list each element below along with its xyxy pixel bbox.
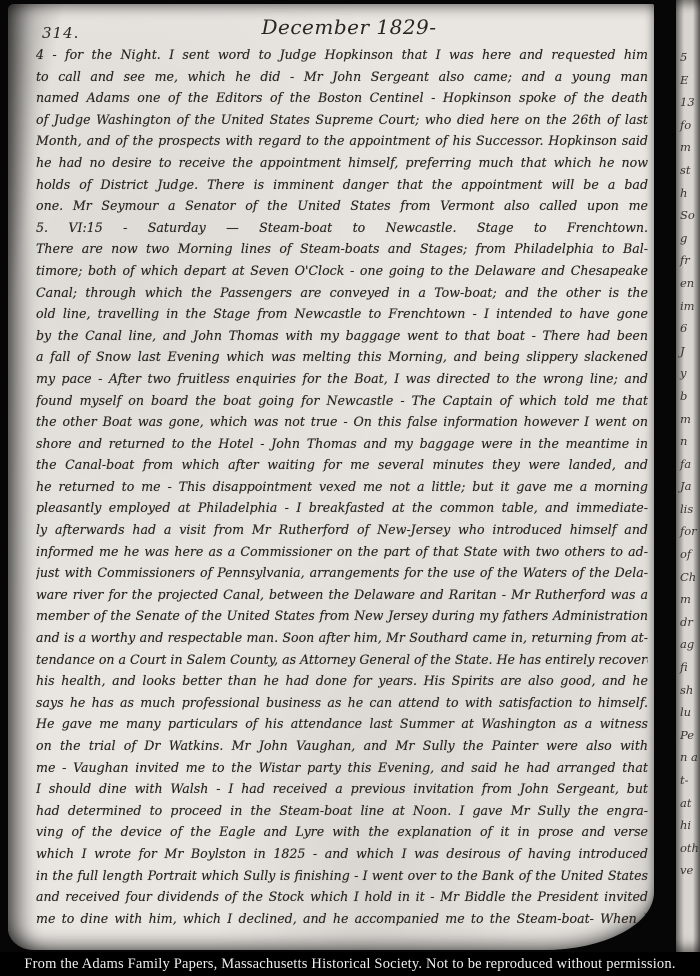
adjacent-page-fragment: fr bbox=[676, 249, 700, 272]
adjacent-page-fragment: m bbox=[676, 136, 700, 159]
manuscript-page: 314. December 1829- 4 - for the Night. I… bbox=[8, 4, 654, 950]
manuscript-line: 4 - for the Night. I sent word to Judge … bbox=[36, 44, 648, 66]
adjacent-page-fragment: hi bbox=[676, 814, 700, 837]
adjacent-page-fragment: en bbox=[676, 272, 700, 295]
adjacent-page-fragment: y bbox=[676, 362, 700, 385]
manuscript-line: he returned to me - This disappointment … bbox=[36, 476, 648, 498]
adjacent-page-fragment: m bbox=[676, 588, 700, 611]
adjacent-page-fragment: ag bbox=[676, 633, 700, 656]
manuscript-line: and received four dividends of the Stock… bbox=[36, 886, 648, 908]
adjacent-page-fragment: dr bbox=[676, 611, 700, 634]
adjacent-page-fragment: 6 bbox=[676, 317, 700, 340]
manuscript-line: ware river for the projected Canal, betw… bbox=[36, 584, 648, 606]
adjacent-page-fragment: n bbox=[676, 430, 700, 453]
manuscript-line: timore; both of which depart at Seven O'… bbox=[36, 260, 648, 282]
adjacent-page-fragment: fi bbox=[676, 656, 700, 679]
manuscript-line: by the Canal line, and John Thomas with … bbox=[36, 325, 648, 347]
adjacent-page-fragment: 13 bbox=[676, 91, 700, 114]
adjacent-page-fragment: t- bbox=[676, 769, 700, 792]
manuscript-line: a fall of Snow last Evening which was me… bbox=[36, 346, 648, 368]
manuscript-line: holds of District Judge. There is immine… bbox=[36, 174, 648, 196]
manuscript-line: There are now two Morning lines of Steam… bbox=[36, 238, 648, 260]
adjacent-page-fragment: Ch bbox=[676, 566, 700, 589]
adjacent-page-edge: 5E13fomsthSogfrenim6JybmnfaJalisforofChm… bbox=[676, 0, 700, 952]
scanned-manuscript: 314. December 1829- 4 - for the Night. I… bbox=[0, 0, 700, 976]
adjacent-page-fragment: m bbox=[676, 408, 700, 431]
adjacent-page-fragment: sh bbox=[676, 679, 700, 702]
manuscript-line: the Canal-boat from which after waiting … bbox=[36, 454, 648, 476]
caption-text: From the Adams Family Papers, Massachuse… bbox=[24, 956, 675, 973]
manuscript-line: shore and returned to the Hotel - John T… bbox=[36, 433, 648, 455]
manuscript-line: of Judge Washington of the United States… bbox=[36, 109, 648, 131]
adjacent-page-fragment: b bbox=[676, 385, 700, 408]
adjacent-page-fragment: J bbox=[676, 340, 700, 363]
manuscript-line: He gave me many particulars of his atten… bbox=[36, 713, 648, 735]
manuscript-line: me to dine with him, which I declined, a… bbox=[36, 908, 648, 930]
manuscript-line: old line, travelling in the Stage from N… bbox=[36, 303, 648, 325]
adjacent-page-fragment: for bbox=[676, 520, 700, 543]
manuscript-line: Month, and of the prospects with regard … bbox=[36, 130, 648, 152]
date-header: December 1829- bbox=[8, 15, 654, 39]
manuscript-line: his health, and looks better than he had… bbox=[36, 670, 648, 692]
manuscript-line: he had no desire to receive the appointm… bbox=[36, 152, 648, 174]
manuscript-line: to call and see me, which he did - Mr Jo… bbox=[36, 66, 648, 88]
manuscript-line: the other Boat was gone, which was not t… bbox=[36, 411, 648, 433]
adjacent-page-fragment: g bbox=[676, 227, 700, 250]
manuscript-text: 4 - for the Night. I sent word to Judge … bbox=[36, 44, 648, 936]
manuscript-line: one. Mr Seymour a Senator of the United … bbox=[36, 195, 648, 217]
manuscript-line: pleasantly employed at Philadelphia - I … bbox=[36, 497, 648, 519]
adjacent-page-fragment: ve bbox=[676, 859, 700, 882]
adjacent-page-fragment: lu bbox=[676, 701, 700, 724]
manuscript-line: ving of the device of the Eagle and Lyre… bbox=[36, 821, 648, 843]
manuscript-line: which I wrote for Mr Boylston in 1825 - … bbox=[36, 843, 648, 865]
manuscript-line: informed me he was here as a Commissione… bbox=[36, 541, 648, 563]
manuscript-line: 5. VI:15 - Saturday — Steam-boat to Newc… bbox=[36, 217, 648, 239]
adjacent-page-fragment: Ja bbox=[676, 475, 700, 498]
adjacent-page-fragment: E bbox=[676, 69, 700, 92]
adjacent-page-fragment: h bbox=[676, 182, 700, 205]
manuscript-line: just with Commissioners of Pennsylvania,… bbox=[36, 562, 648, 584]
manuscript-line: in the full length Portrait which Sully … bbox=[36, 865, 648, 887]
manuscript-line: tendance on a Court in Salem County, as … bbox=[36, 649, 648, 671]
adjacent-page-fragment: So bbox=[676, 204, 700, 227]
adjacent-page-fragment: of bbox=[676, 543, 700, 566]
manuscript-line: my pace - After two fruitless enquiries … bbox=[36, 368, 648, 390]
manuscript-line: found myself on board the boat going for… bbox=[36, 390, 648, 412]
manuscript-line: named Adams one of the Editors of the Bo… bbox=[36, 87, 648, 109]
manuscript-line: Canal; through which the Passengers are … bbox=[36, 282, 648, 304]
manuscript-line: says he has as much professional busines… bbox=[36, 692, 648, 714]
manuscript-line: had determined to proceed in the Steam-b… bbox=[36, 800, 648, 822]
adjacent-page-fragment: st bbox=[676, 159, 700, 182]
adjacent-page-fragment: lis bbox=[676, 498, 700, 521]
adjacent-page-fragment: 5 bbox=[676, 46, 700, 69]
adjacent-page-fragment: n a bbox=[676, 746, 700, 769]
caption-bar: From the Adams Family Papers, Massachuse… bbox=[0, 952, 700, 976]
manuscript-line: member of the Senate of the United State… bbox=[36, 605, 648, 627]
manuscript-line: on the trial of Dr Watkins. Mr John Vaug… bbox=[36, 735, 648, 757]
adjacent-page-fragment: fo bbox=[676, 114, 700, 137]
manuscript-line: I should dine with Walsh - I had receive… bbox=[36, 778, 648, 800]
manuscript-line: ly afterwards had a visit from Mr Ruther… bbox=[36, 519, 648, 541]
adjacent-page-fragment: Pe bbox=[676, 724, 700, 747]
adjacent-page-fragment: at bbox=[676, 792, 700, 815]
manuscript-line: and is a worthy and respectable man. Soo… bbox=[36, 627, 648, 649]
manuscript-line: me - Vaughan invited me to the Wistar pa… bbox=[36, 757, 648, 779]
adjacent-page-fragment: im bbox=[676, 295, 700, 318]
adjacent-page-fragment: oth bbox=[676, 837, 700, 860]
adjacent-page-fragment: fa bbox=[676, 453, 700, 476]
